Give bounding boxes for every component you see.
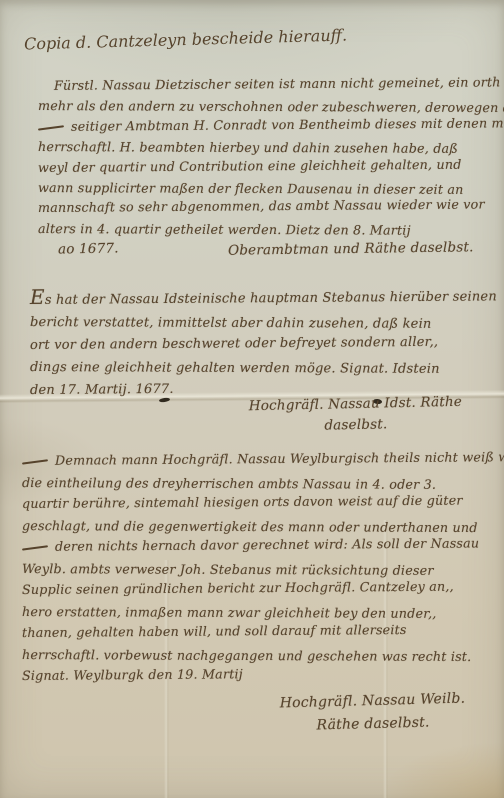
manuscript-line: alters in 4. quartir getheilet werden. D… (38, 219, 496, 241)
manuscript-line: Es hat der Nassau Idsteinische hauptman … (30, 282, 496, 312)
signature-line: daselbst. (249, 413, 463, 438)
signature-line: Räthe daselbst. (280, 711, 466, 739)
signature-line: Hochgräfl. Nassau Weilb. (280, 688, 466, 716)
manuscript-line: weyl der quartir und Contribution eine g… (38, 154, 496, 178)
manuscript-line: ort vor den andern beschweret oder befre… (30, 331, 496, 357)
manuscript-line: deren nichts hernach davor gerechnet wir… (22, 532, 496, 557)
paragraph-dietz: Fürstl. Nassau Dietzischer seiten ist ma… (38, 76, 496, 239)
manuscript-line: thanen, gehalten haben will, und soll da… (22, 618, 496, 643)
dateline-1677: ao 1677. (58, 240, 119, 257)
manuscript-line: Fürstl. Nassau Dietzischer seiten ist ma… (38, 72, 496, 96)
manuscript-line: Signat. Weylburgk den 19. Martij (22, 661, 496, 686)
signature-idstein-raethe: Hochgräfl. Nassau Idst. Räthe daselbst. (248, 392, 462, 438)
dietz-dateline-and-signature: ao 1677. Oberambtman und Räthe daselbst. (0, 241, 504, 257)
manuscript-line: seitiger Ambtman H. Conradt von Bentheim… (38, 113, 496, 137)
signature-line: Hochgräfl. Nassau Idst. Räthe (248, 392, 462, 417)
manuscript-line: Supplic seinen gründlichen bericht zur H… (22, 575, 496, 600)
manuscript-line: mannschaft so sehr abgenommen, das ambt … (38, 195, 496, 219)
manuscript-line: Demnach mann Hochgräfl. Nassau Weylburgi… (22, 446, 496, 471)
document-heading: Copia d. Cantzeleyn bescheide hierauff. (24, 25, 347, 53)
manuscript-page: Copia d. Cantzeleyn bescheide hierauff. … (0, 0, 504, 798)
paragraph-weilburg: Demnach mann Hochgräfl. Nassau Weylburgi… (22, 450, 496, 687)
signature-weilburg-raethe: Hochgräfl. Nassau Weilb. Räthe daselbst. (280, 688, 467, 739)
signature-oberambtman: Oberambtman und Räthe daselbst. (228, 239, 474, 258)
paragraph-idstein: Es hat der Nassau Idsteinische hauptman … (30, 286, 496, 402)
manuscript-line: quartir berühre, sintemahl hiesigen orts… (22, 489, 496, 514)
